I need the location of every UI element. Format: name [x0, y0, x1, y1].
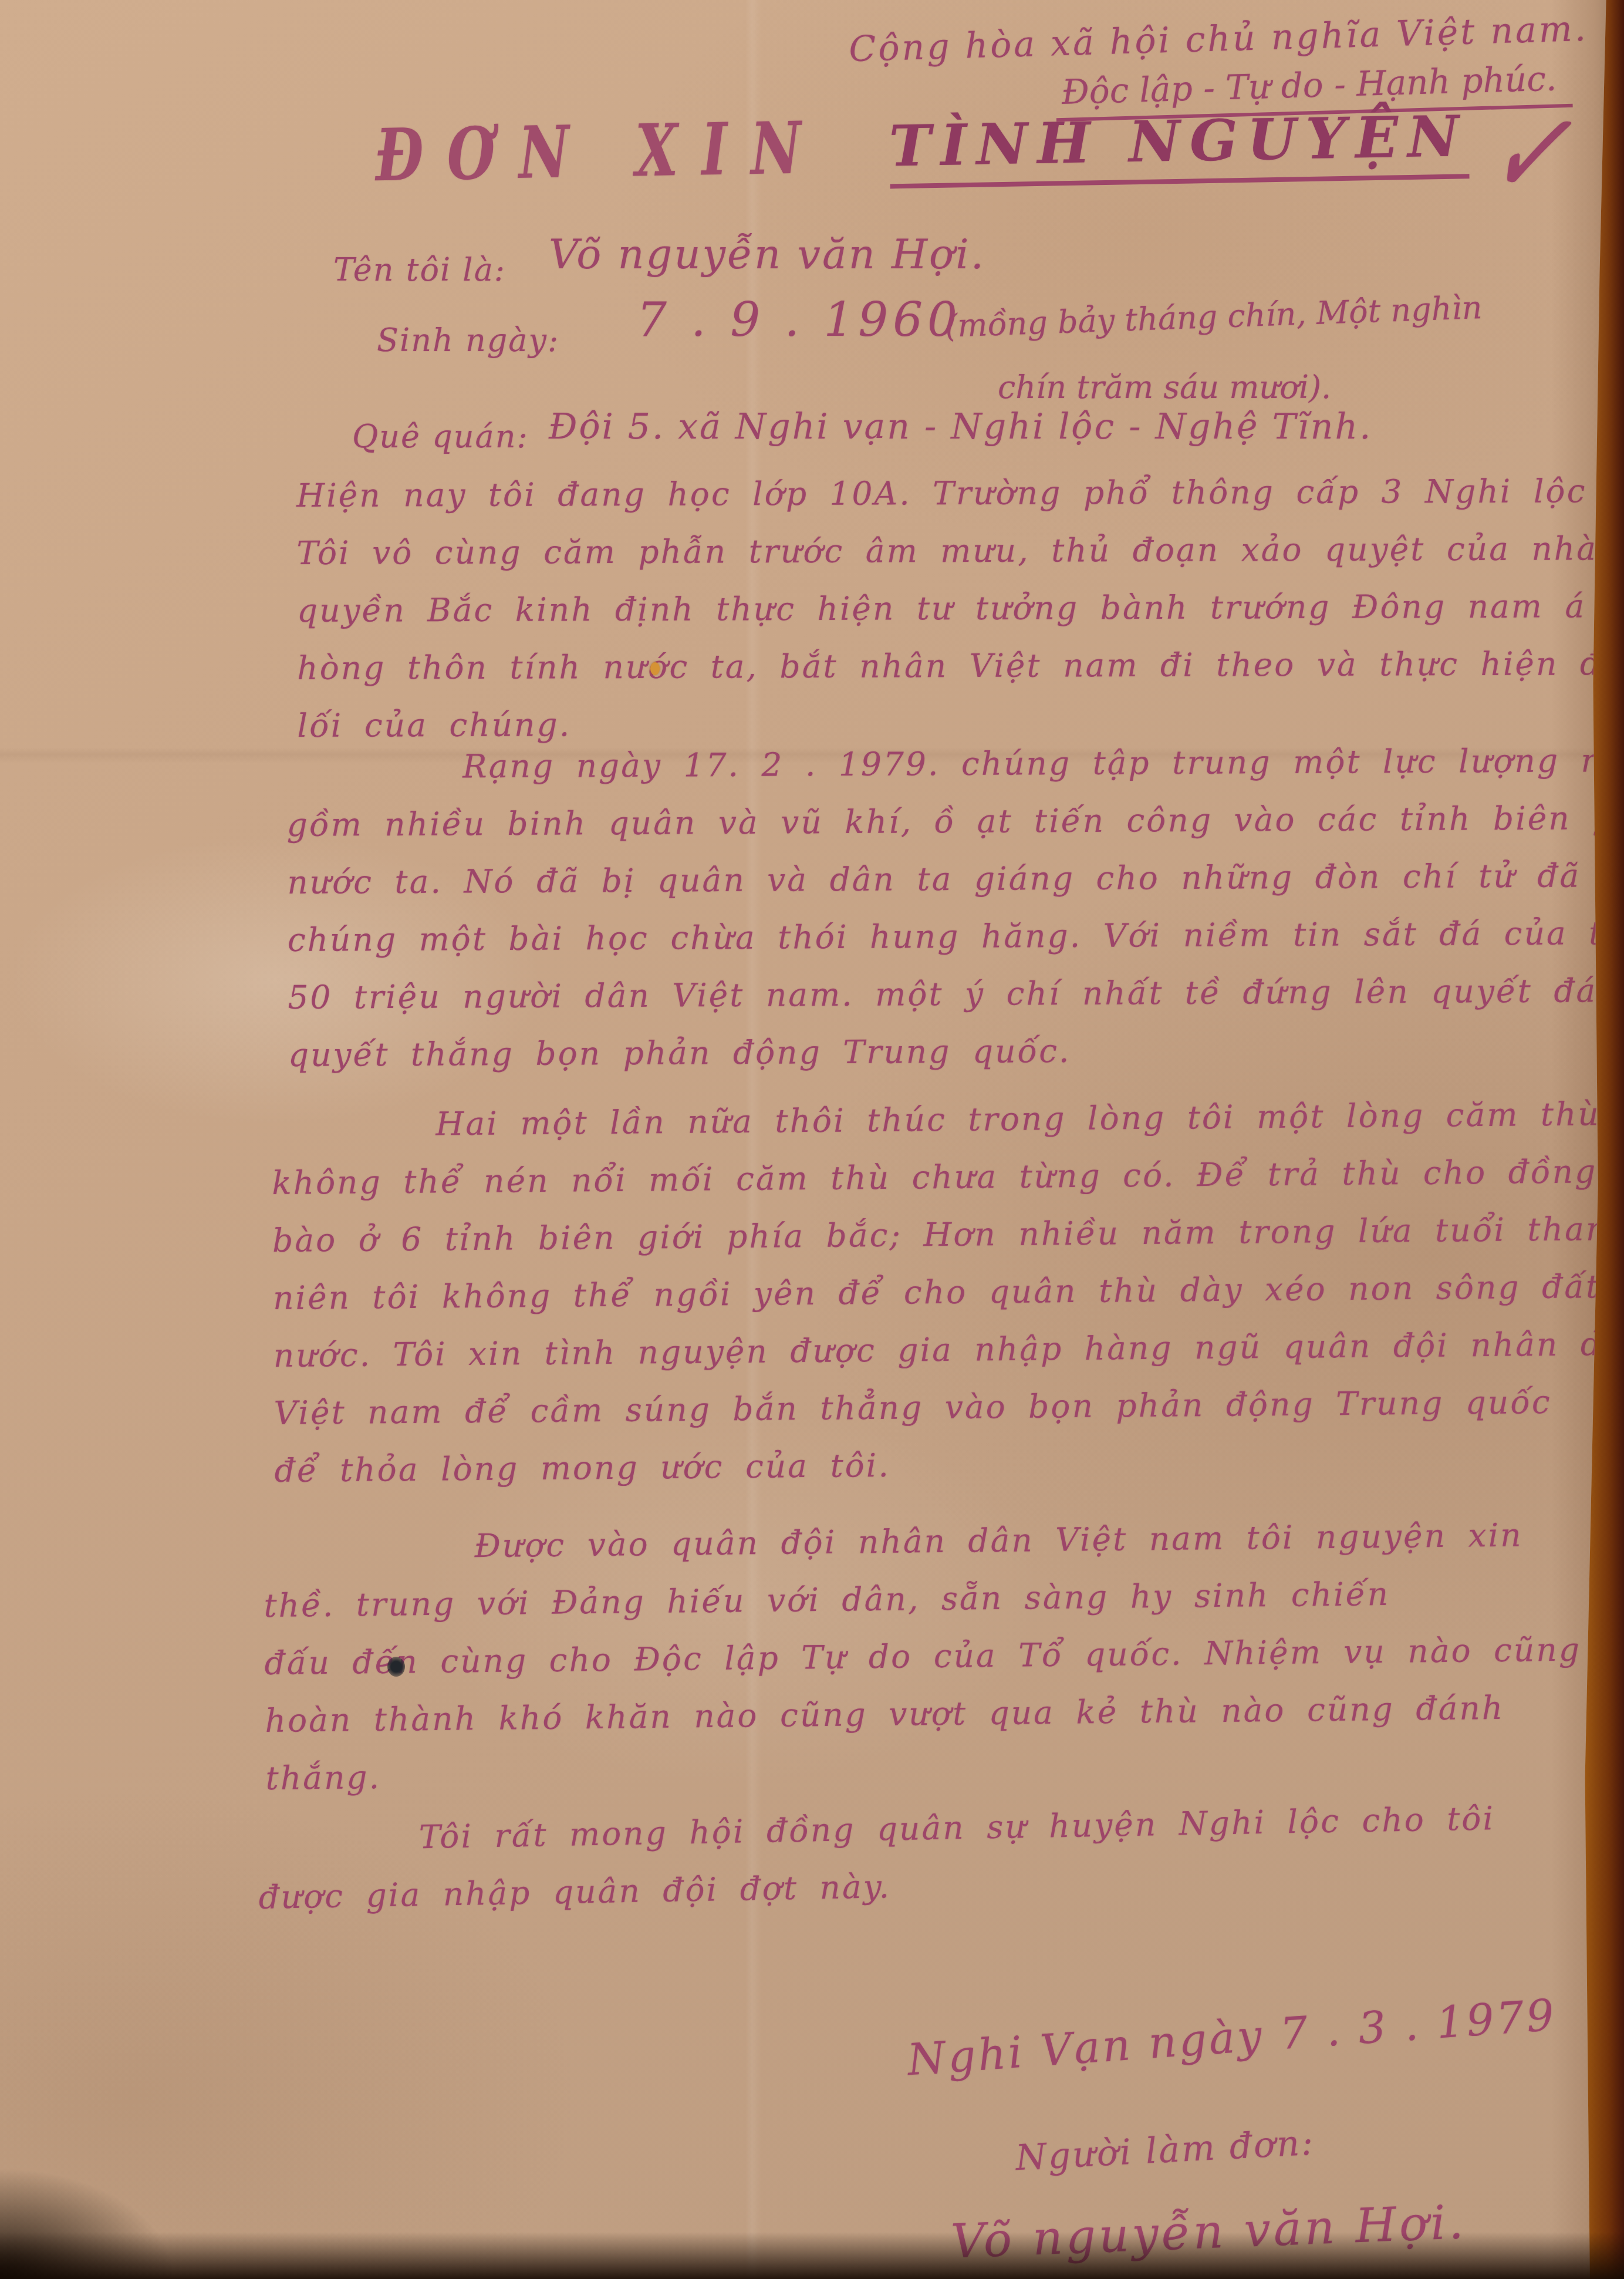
handwritten-line: không thể nén nổi mối căm thù chưa từng … [272, 1142, 1624, 1212]
handwritten-line: Tôi rất mong hội đồng quân sự huyện Nghi… [257, 1789, 1495, 1869]
handwritten-line: Tôi vô cùng căm phẫn trước âm mưu, thủ đ… [296, 519, 1624, 582]
paragraph-request: Tôi rất mong hội đồng quân sự huyện Nghi… [257, 1789, 1497, 1926]
handwritten-line: Việt nam để cầm súng bắn thẳng vào bọn p… [274, 1373, 1624, 1442]
handwritten-line: chúng một bài học chừa thói hung hăng. V… [288, 903, 1624, 969]
handwritten-line: Rạng ngày 17. 2 . 1979. chúng tập trung … [286, 731, 1624, 796]
handwritten-line: thắng. [265, 1735, 1582, 1806]
closing-place-date: Nghi Vạn ngày 7 . 3 . 1979 [906, 1990, 1558, 2085]
letter-title: ĐƠN XINTÌNH NGUYỆN✓ [375, 101, 1567, 224]
name-field-label: Tên tôi là: [333, 251, 506, 288]
handwritten-line: hòng thôn tính nước ta, bắt nhân Việt na… [297, 634, 1624, 697]
handwritten-line: 50 triệu người dân Việt nam. một ý chí n… [288, 961, 1624, 1026]
handwritten-line: đấu đến cùng cho Độc lập Tự do của Tổ qu… [264, 1620, 1581, 1691]
photo-scene: Cộng hòa xã hội chủ nghĩa Việt nam. Độc … [0, 0, 1624, 2279]
name-field-value: Võ nguyễn văn Hợi. [549, 230, 985, 278]
seed-speck [650, 662, 660, 675]
hometown-field-label: Quê quán: [352, 418, 529, 455]
table-edge-shadow [0, 2232, 1624, 2279]
handwritten-line: Được vào quân đội nhân dân Việt nam tôi … [263, 1506, 1580, 1577]
paragraph-oath: Được vào quân đội nhân dân Việt nam tôi … [263, 1506, 1583, 1807]
title-don-xin: ĐƠN XIN [374, 106, 825, 198]
paragraph-volunteer-motivation: Hai một lần nữa thôi thúc trong lòng tôi… [271, 1085, 1624, 1499]
handwritten-line: hoàn thành khó khăn nào cũng vượt qua kẻ… [265, 1678, 1582, 1749]
handwritten-line: gồm nhiều binh quân và vũ khí, ồ ạt tiến… [287, 788, 1624, 854]
birthdate-field-value: 7 . 9 . 1960 [637, 292, 962, 347]
title-tinh-nguyen: TÌNH NGUYỆN [889, 103, 1469, 188]
birthdate-note-line-1: (mồng bảy tháng chín, Một nghìn [944, 289, 1483, 345]
handwritten-line: Hiện nay tôi đang học lớp 10A. Trường ph… [296, 461, 1624, 524]
closing-role-label: Người làm đơn: [1015, 2122, 1316, 2179]
ink-blot-speck [387, 1657, 405, 1677]
handwritten-line: để thỏa lòng mong ước của tôi. [274, 1430, 1624, 1499]
birthdate-note-line-2: chín trăm sáu mươi). [998, 369, 1331, 406]
hometown-field-value: Đội 5. xã Nghi vạn - Nghi lộc - Nghệ Tĩn… [549, 406, 1372, 447]
national-motto-block: Cộng hòa xã hội chủ nghĩa Việt nam. Độc … [849, 8, 1590, 118]
motto-line-2-text: Độc lập - Tự do - Hạnh phúc. [1055, 58, 1572, 122]
check-stroke-icon: ✓ [1478, 70, 1580, 235]
handwritten-line: thề. trung với Đảng hiếu với dân, sẵn sà… [264, 1563, 1581, 1634]
letter-paper: Cộng hòa xã hội chủ nghĩa Việt nam. Độc … [0, 0, 1624, 2279]
handwritten-line: nước. Tôi xin tình nguyện được gia nhập … [273, 1315, 1624, 1384]
handwritten-line: quyết thắng bọn phản động Trung quốc. [288, 1019, 1624, 1084]
handwritten-line: lối của chúng. [297, 692, 1624, 754]
paragraph-current-status: Hiện nay tôi đang học lớp 10A. Trường ph… [296, 461, 1624, 754]
motto-line-2: Độc lập - Tự do - Hạnh phúc. [850, 58, 1590, 118]
handwritten-line: được gia nhập quân đội đợt này. [258, 1847, 1497, 1926]
handwritten-line: niên tôi không thể ngồi yên để cho quân … [273, 1258, 1624, 1327]
motto-line-1: Cộng hòa xã hội chủ nghĩa Việt nam. [849, 8, 1589, 70]
handwritten-line: bào ở 6 tỉnh biên giới phía bắc; Hơn nhi… [272, 1200, 1624, 1269]
corner-shadow [0, 2167, 176, 2279]
handwritten-line: nước ta. Nó đã bị quân và dân ta giáng c… [287, 846, 1624, 911]
paragraph-invasion-1979: Rạng ngày 17. 2 . 1979. chúng tập trung … [286, 731, 1624, 1084]
handwritten-line: Hai một lần nữa thôi thúc trong lòng tôi… [271, 1085, 1624, 1154]
handwritten-line: quyền Bắc kinh định thực hiện tư tưởng b… [297, 577, 1624, 639]
birthdate-field-label: Sinh ngày: [377, 322, 559, 359]
